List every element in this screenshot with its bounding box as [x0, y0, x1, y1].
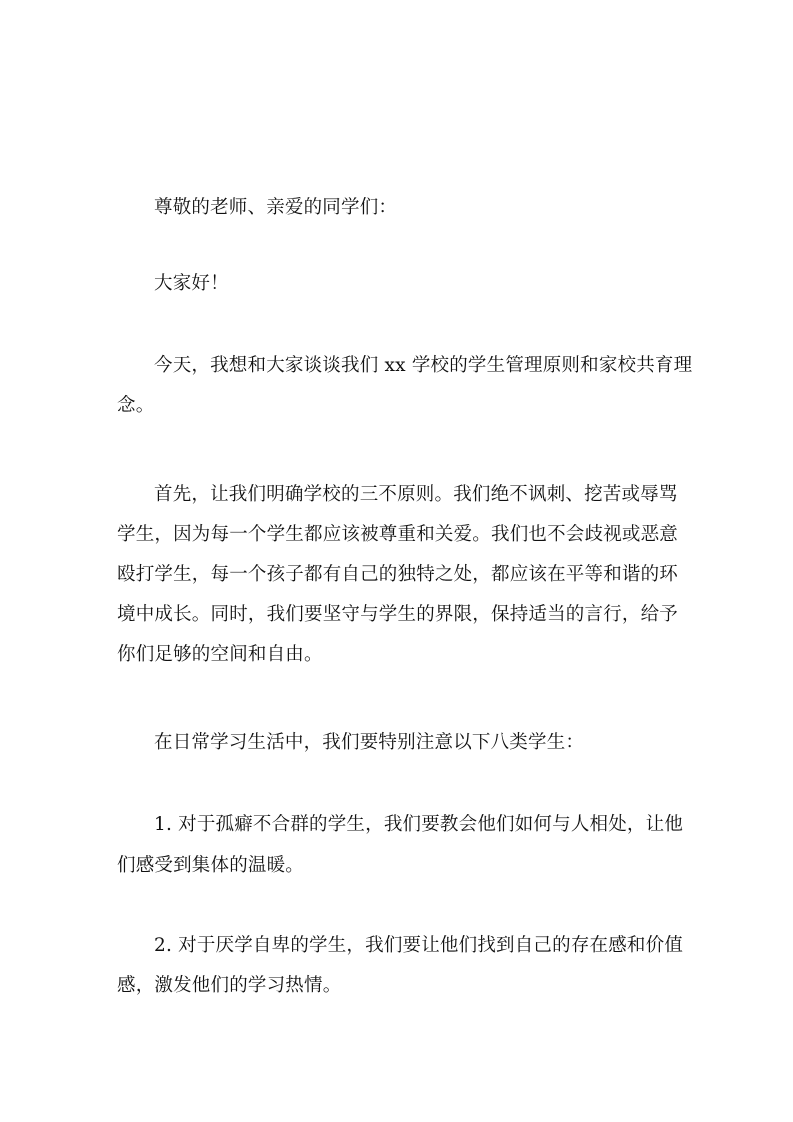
paragraph-line: 2. 对于厌学自卑的学生，我们要让他们找到自己的存在感和价值	[154, 934, 682, 958]
hello-line: 大家好！	[154, 272, 682, 296]
paragraph-line: 1. 对于孤癖不合群的学生，我们要教会他们如何与人相处，让他	[154, 813, 682, 837]
paragraph-line: 感，激发他们的学习热情。	[117, 974, 682, 998]
paragraph-line: 们感受到集体的温暖。	[117, 854, 682, 878]
paragraph-line: 殴打学生，每一个孩子都有自己的独特之处，都应该在平等和谐的环	[117, 563, 682, 587]
paragraph-line: 首先，让我们明确学校的三不原则。我们绝不讽刺、挖苦或辱骂	[154, 483, 682, 507]
paragraph-line: 念。	[117, 394, 682, 418]
paragraph-line: 你们足够的空间和自由。	[117, 643, 682, 667]
paragraph-line: 在日常学习生活中，我们要特别注意以下八类学生：	[154, 731, 682, 755]
paragraph-line: 境中成长。同时，我们要坚守与学生的界限，保持适当的言行，给予	[117, 603, 682, 627]
paragraph-line: 今天，我想和大家谈谈我们 xx 学校的学生管理原则和家校共育理	[154, 354, 682, 378]
greeting-line: 尊敬的老师、亲爱的同学们：	[154, 196, 682, 220]
document-page: 尊敬的老师、亲爱的同学们： 大家好！ 今天，我想和大家谈谈我们 xx 学校的学生…	[0, 0, 793, 1122]
paragraph-line: 学生，因为每一个学生都应该被尊重和关爱。我们也不会歧视或恶意	[117, 523, 682, 547]
